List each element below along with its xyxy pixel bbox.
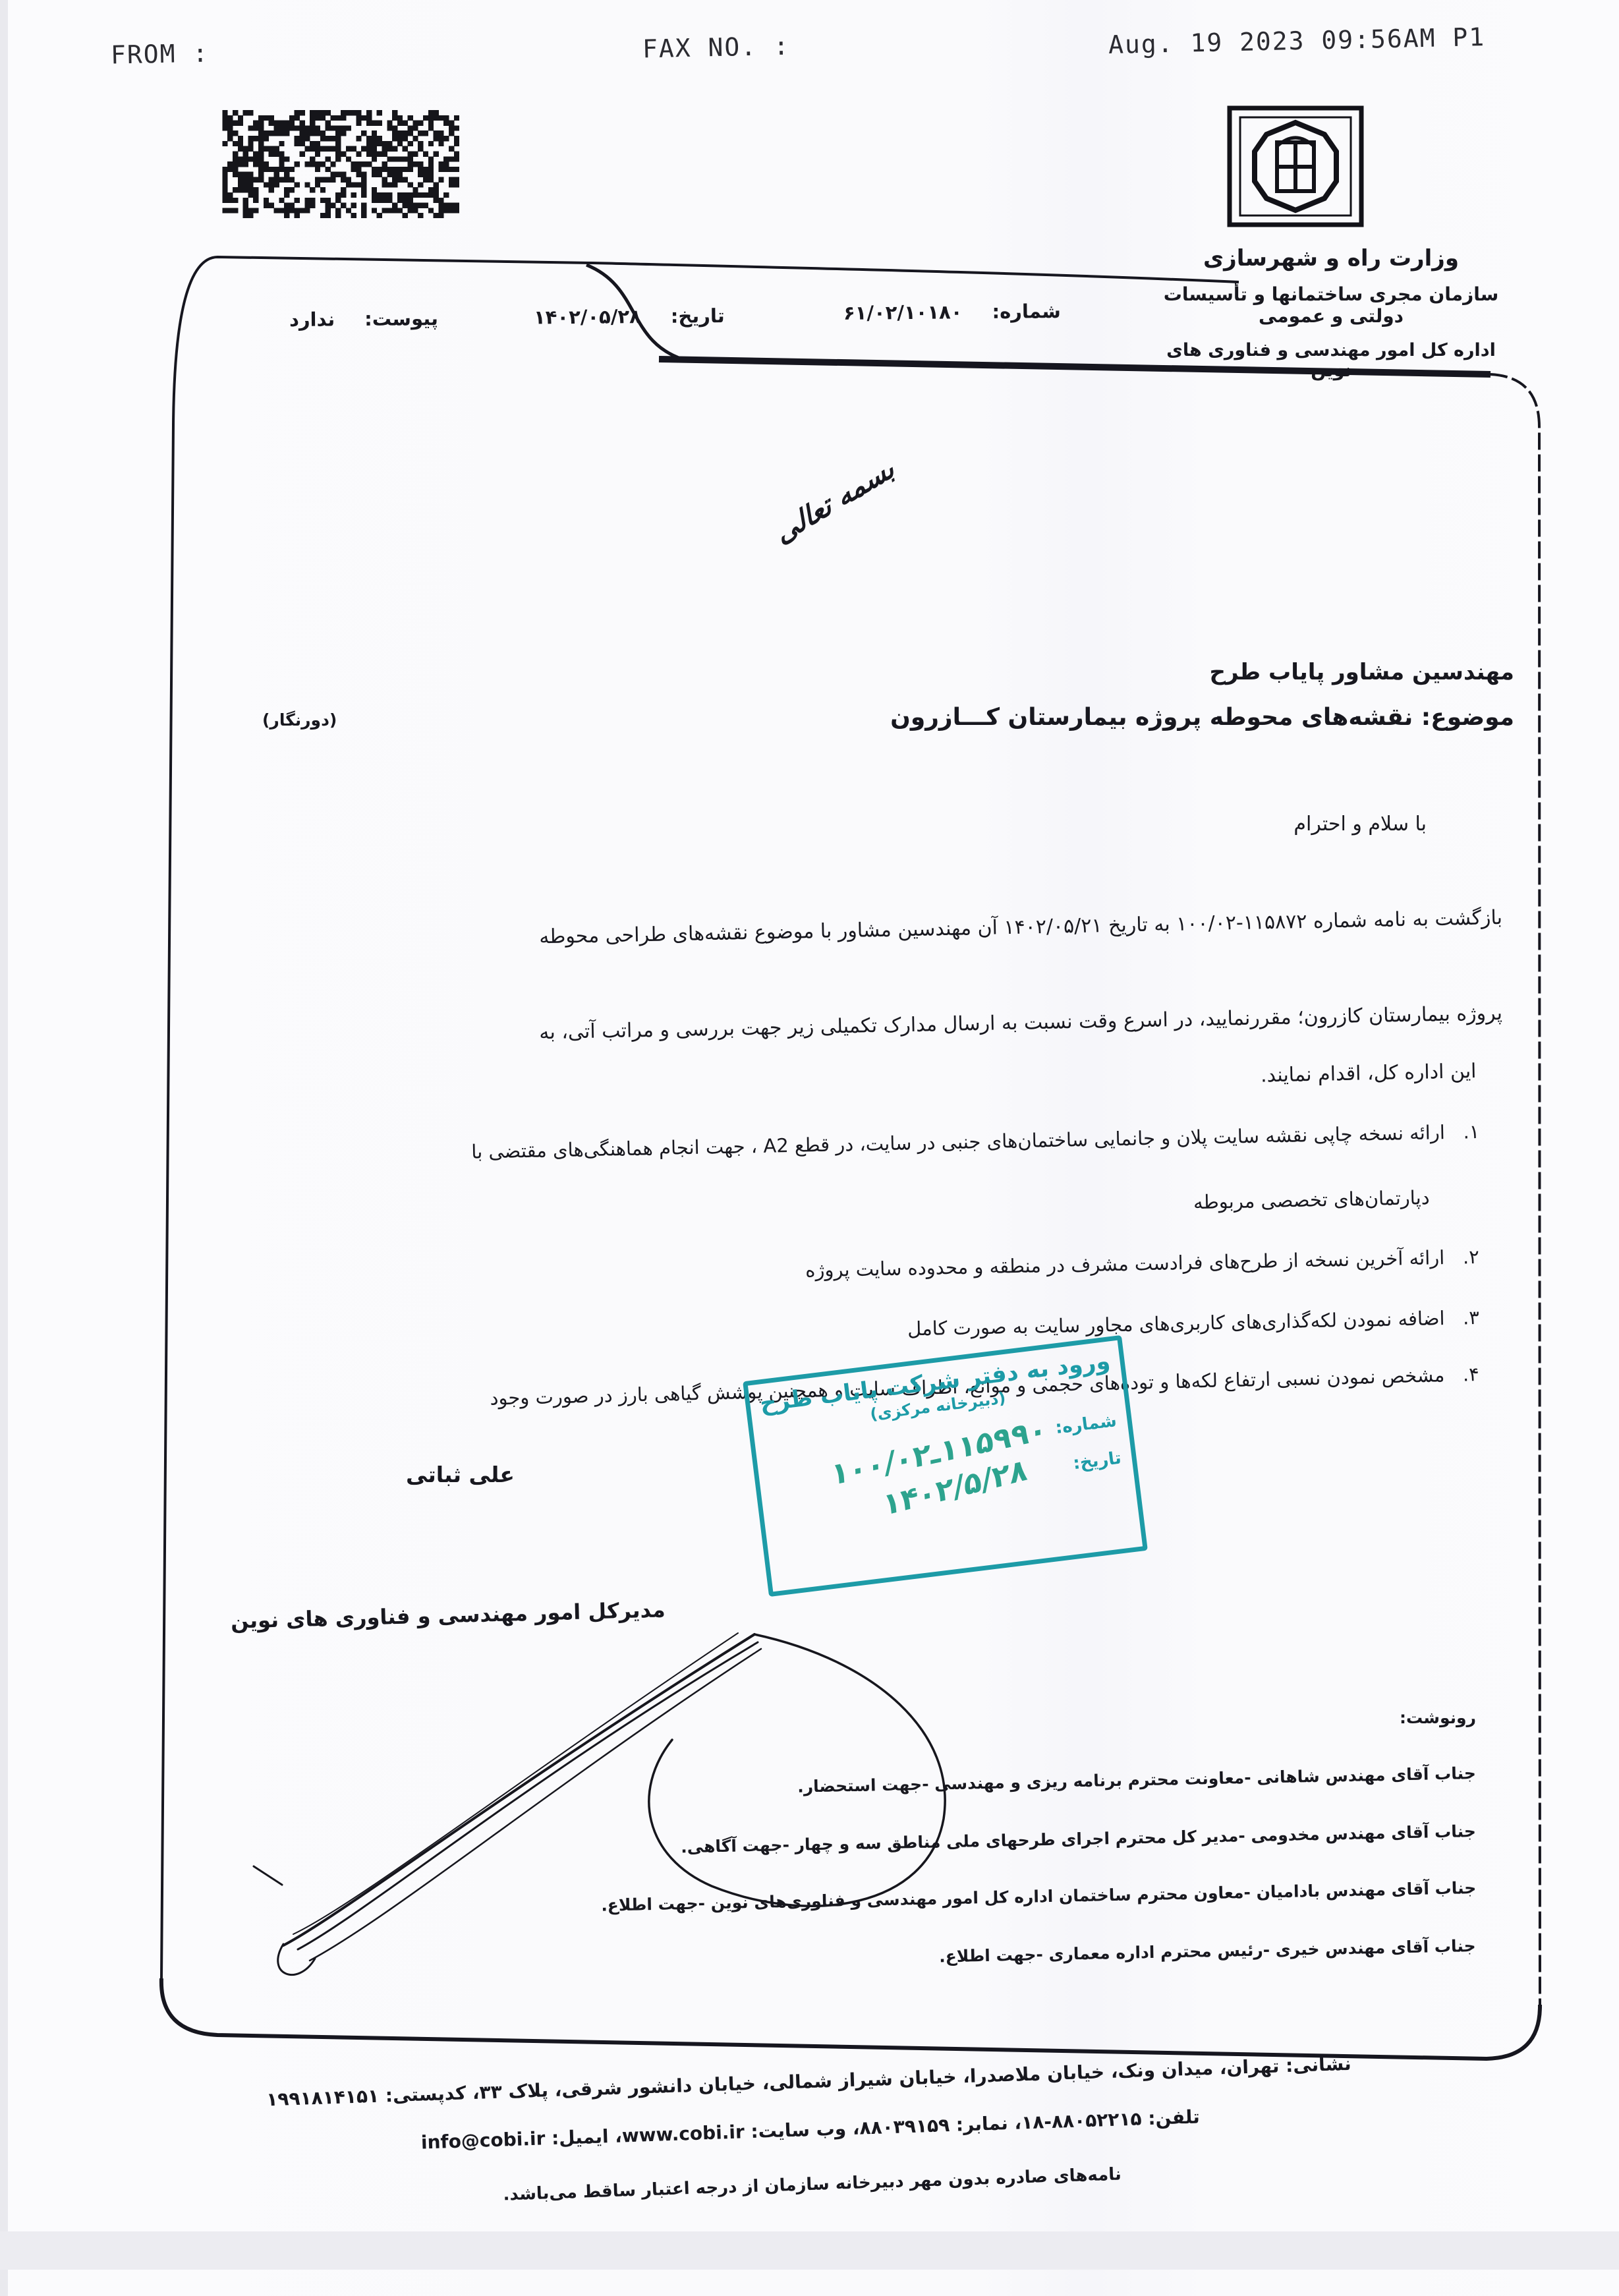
scanned-fax-page: FROM : FAX NO. : Aug. 19 2023 09:56AM P1… — [0, 0, 1619, 2296]
cc-label: رونوشت: — [1400, 1708, 1476, 1727]
